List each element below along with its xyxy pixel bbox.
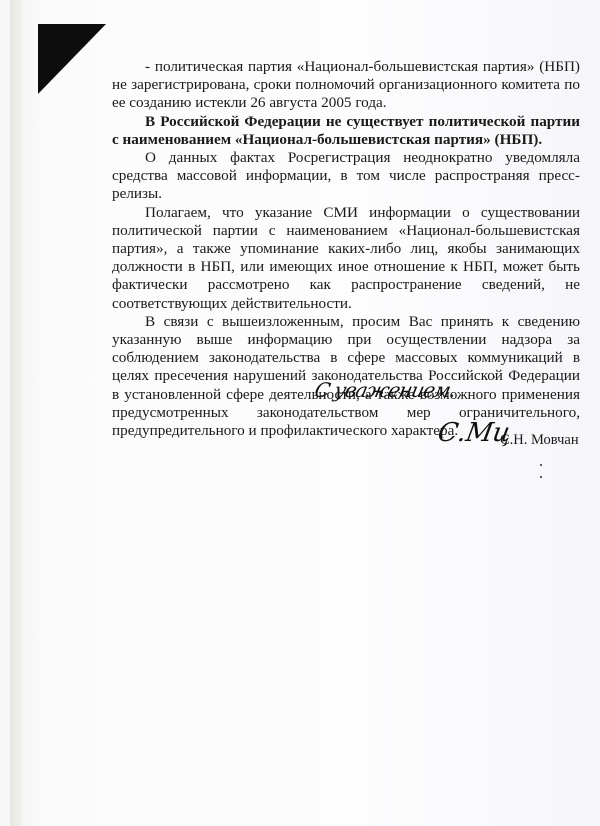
- paragraph-no-such-party: В Российской Федерации не существует пол…: [112, 113, 580, 149]
- paper-edge: [10, 0, 22, 826]
- paragraph-false-information: Полагаем, что указание СМИ информации о …: [112, 204, 580, 313]
- scan-speck: [493, 376, 495, 378]
- scan-speck: [515, 345, 517, 347]
- document-page: - политическая партия «Национал-большеви…: [10, 0, 600, 826]
- scan-speck: [540, 476, 542, 478]
- corner-punch-mark: [38, 24, 106, 94]
- paragraph-party-not-registered: - политическая партия «Национал-большеви…: [112, 58, 580, 113]
- signatory-name: С.Н. Мовчан: [500, 432, 579, 449]
- scan-speck: [540, 464, 542, 466]
- handwritten-closing: С уважением.: [312, 378, 457, 402]
- paragraph-media-notified: О данных фактах Росрегистрация неоднокра…: [112, 149, 580, 204]
